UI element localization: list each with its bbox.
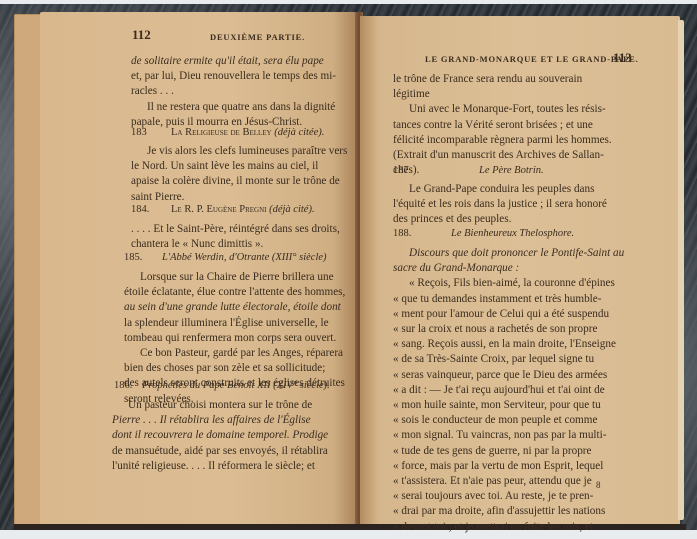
text-line: légitime	[393, 87, 625, 102]
text-line: « sois le conducteur de mon peuple et co…	[393, 413, 625, 428]
section-note: (XIV° siècle).	[273, 380, 330, 391]
text-line: racles . . .	[131, 84, 353, 99]
section-body-184: . . . . Et le Saint-Père, réintégré dans…	[131, 222, 353, 252]
section-heading-188: 188. Le Bienheureux Thelosphore.	[393, 228, 625, 242]
text-line: Il ne restera que quatre ans dans la dig…	[131, 100, 353, 115]
section-note: (XIII° siècle)	[272, 252, 327, 263]
text-line: « seras vainqueur, parce que le Dieu des…	[393, 368, 625, 383]
text-line: bien des choses par son zèle et sa solli…	[124, 361, 352, 376]
text-line: Discours que doit prononcer le Pontife-S…	[393, 246, 625, 261]
text-line: « que tu demandes instamment et très hum…	[393, 292, 625, 307]
section-number: 186.	[114, 380, 132, 391]
text-line: « force, mais par la vertu de mon Esprit…	[393, 459, 625, 474]
text-line: « t'assistera. Et n'aie pas peur, attend…	[393, 474, 625, 489]
text-line: « tude de tes gens de guerre, ni par la …	[393, 444, 625, 459]
section-number: 187	[393, 165, 409, 176]
text-line: Le Grand-Pape conduira les peuples dans	[393, 182, 625, 197]
section-heading-187: 187 Le Père Botrin.	[393, 165, 625, 179]
text-line: « ment pour l'amour de Celui qui a été s…	[393, 307, 625, 322]
page-number-right: 113	[613, 50, 632, 66]
text-line: tances contre la Vérité seront brisées ;…	[393, 118, 625, 133]
section-body-187: Le Grand-Pape conduira les peuples dans …	[393, 182, 625, 228]
text-line: et, par lui, Dieu renouvellera le temps …	[131, 69, 353, 84]
text-line: sacre du Grand-Monarque :	[393, 261, 625, 276]
text-line: des princes et des peuples.	[393, 212, 625, 227]
text-line: « sang. Reçois aussi, en la main droite,…	[393, 337, 625, 352]
text-line: « drai par ma droite, afin d'assujettir …	[393, 504, 625, 519]
signature-mark: 8	[596, 478, 601, 493]
text-line: « mon huile sainte, mon Serviteur, pour …	[393, 398, 625, 413]
text-line: dont il recouvrera le domaine temporel. …	[112, 428, 350, 443]
section-body-183: Je vis alors les clefs lumineuses paraît…	[131, 144, 353, 205]
text-line: saint Pierre.	[131, 190, 353, 205]
text-line: le trône de France sera rendu au souvera…	[393, 72, 625, 87]
text-line: de solitaire ermite qu'il était, sera él…	[131, 54, 353, 69]
page-number-left: 112	[132, 27, 151, 43]
text-line: l'équité et les rois dans la justice ; i…	[393, 197, 625, 212]
section-title: Le Père Botrin.	[479, 165, 544, 176]
text-line: Ce bon Pasteur, gardé par les Anges, rép…	[124, 346, 352, 361]
text-line: Un pasteur choisi montera sur le trône d…	[112, 398, 350, 413]
text-line: « mon signal. Tu vaincras, non pas par l…	[393, 428, 625, 443]
text-line: « Reçois, Fils bien-aimé, la couronne d'…	[393, 276, 625, 291]
text-line: de mansuétude, aidé par ses envoyés, il …	[112, 444, 350, 459]
section-note: (déjà citée).	[274, 127, 324, 138]
text-line: tombeau qui renfermera mon corps sera ou…	[124, 331, 352, 346]
section-heading-183: 183 La Religieuse de Belley (déjà citée)…	[131, 127, 353, 141]
section-number: 185.	[124, 252, 142, 263]
text-line: apaise la colère divine, il monte sur le…	[131, 174, 353, 189]
text-line: (Extrait d'un manuscrit des Archives de …	[393, 148, 625, 163]
text-line: « a dit : — Je t'ai reçu aujourd'hui et …	[393, 383, 625, 398]
text-line: l'unité religieuse. . . . Il réformera l…	[112, 459, 350, 474]
right-page-edge	[678, 20, 684, 520]
text-line: Je vis alors les clefs lumineuses paraît…	[131, 144, 353, 159]
text-line: . . . . Et le Saint-Père, réintégré dans…	[131, 222, 353, 237]
section-body-186: Un pasteur choisi montera sur le trône d…	[112, 398, 350, 474]
text-line: félicité incomparable règnera parmi les …	[393, 133, 625, 148]
text-line: étoile éclatante, élue contre l'attente …	[124, 285, 352, 300]
text-line: « devant toi ; et je mettrai en fuite le…	[393, 520, 625, 535]
section-title: Le Bienheureux Thelosphore.	[451, 228, 574, 239]
text-line: Lorsque sur la Chaire de Pierre brillera…	[124, 270, 352, 285]
text-line: Uni avec le Monarque-Fort, toutes les ré…	[393, 102, 625, 117]
right-paragraph-1: le trône de France sera rendu au souvera…	[393, 72, 625, 178]
text-line: « sur la croix et nous a rachetés de son…	[393, 322, 625, 337]
text-line: « de sa Très-Sainte Croix, par lequel si…	[393, 352, 625, 367]
section-number: 188.	[393, 228, 411, 239]
section-heading-186: 186. Prophéties du Pape Benoît XII (XIV°…	[114, 380, 350, 394]
text-line: Pierre . . . Il rétablira les affaires d…	[112, 413, 350, 428]
running-head-left: DEUXIÈME PARTIE.	[210, 32, 305, 42]
left-paragraph-1: de solitaire ermite qu'il était, sera él…	[131, 54, 353, 130]
text-line: le Nord. Un saint lève les mains au ciel…	[131, 159, 353, 174]
text-line: chantera le « Nunc dimittis ».	[131, 237, 353, 252]
text-line: la splendeur illuminera l'Église univers…	[124, 316, 352, 331]
section-title: La Religieuse de Belley	[171, 127, 272, 138]
section-body-188: Discours que doit prononcer le Pontife-S…	[393, 246, 625, 535]
running-head-right: LE GRAND-MONARQUE ET LE GRAND-PAPE.	[425, 54, 639, 64]
text-line: au sein d'une grande lutte électorale, é…	[124, 300, 352, 315]
section-note: (déjà cité).	[269, 204, 314, 215]
section-number: 183	[131, 127, 147, 138]
section-title: L'Abbé Werdin, d'Otrante	[162, 252, 269, 263]
section-title: Prophéties du Pape Benoît XII	[142, 380, 271, 391]
section-title: Le R. P. Eugène Pregni	[171, 204, 266, 215]
section-number: 184.	[131, 204, 149, 215]
text-line: « serai toujours avec toi. Au reste, je …	[393, 489, 625, 504]
section-heading-184: 184. Le R. P. Eugène Pregni (déjà cité).	[131, 204, 353, 218]
section-heading-185: 185. L'Abbé Werdin, d'Otrante (XIII° siè…	[124, 252, 352, 266]
